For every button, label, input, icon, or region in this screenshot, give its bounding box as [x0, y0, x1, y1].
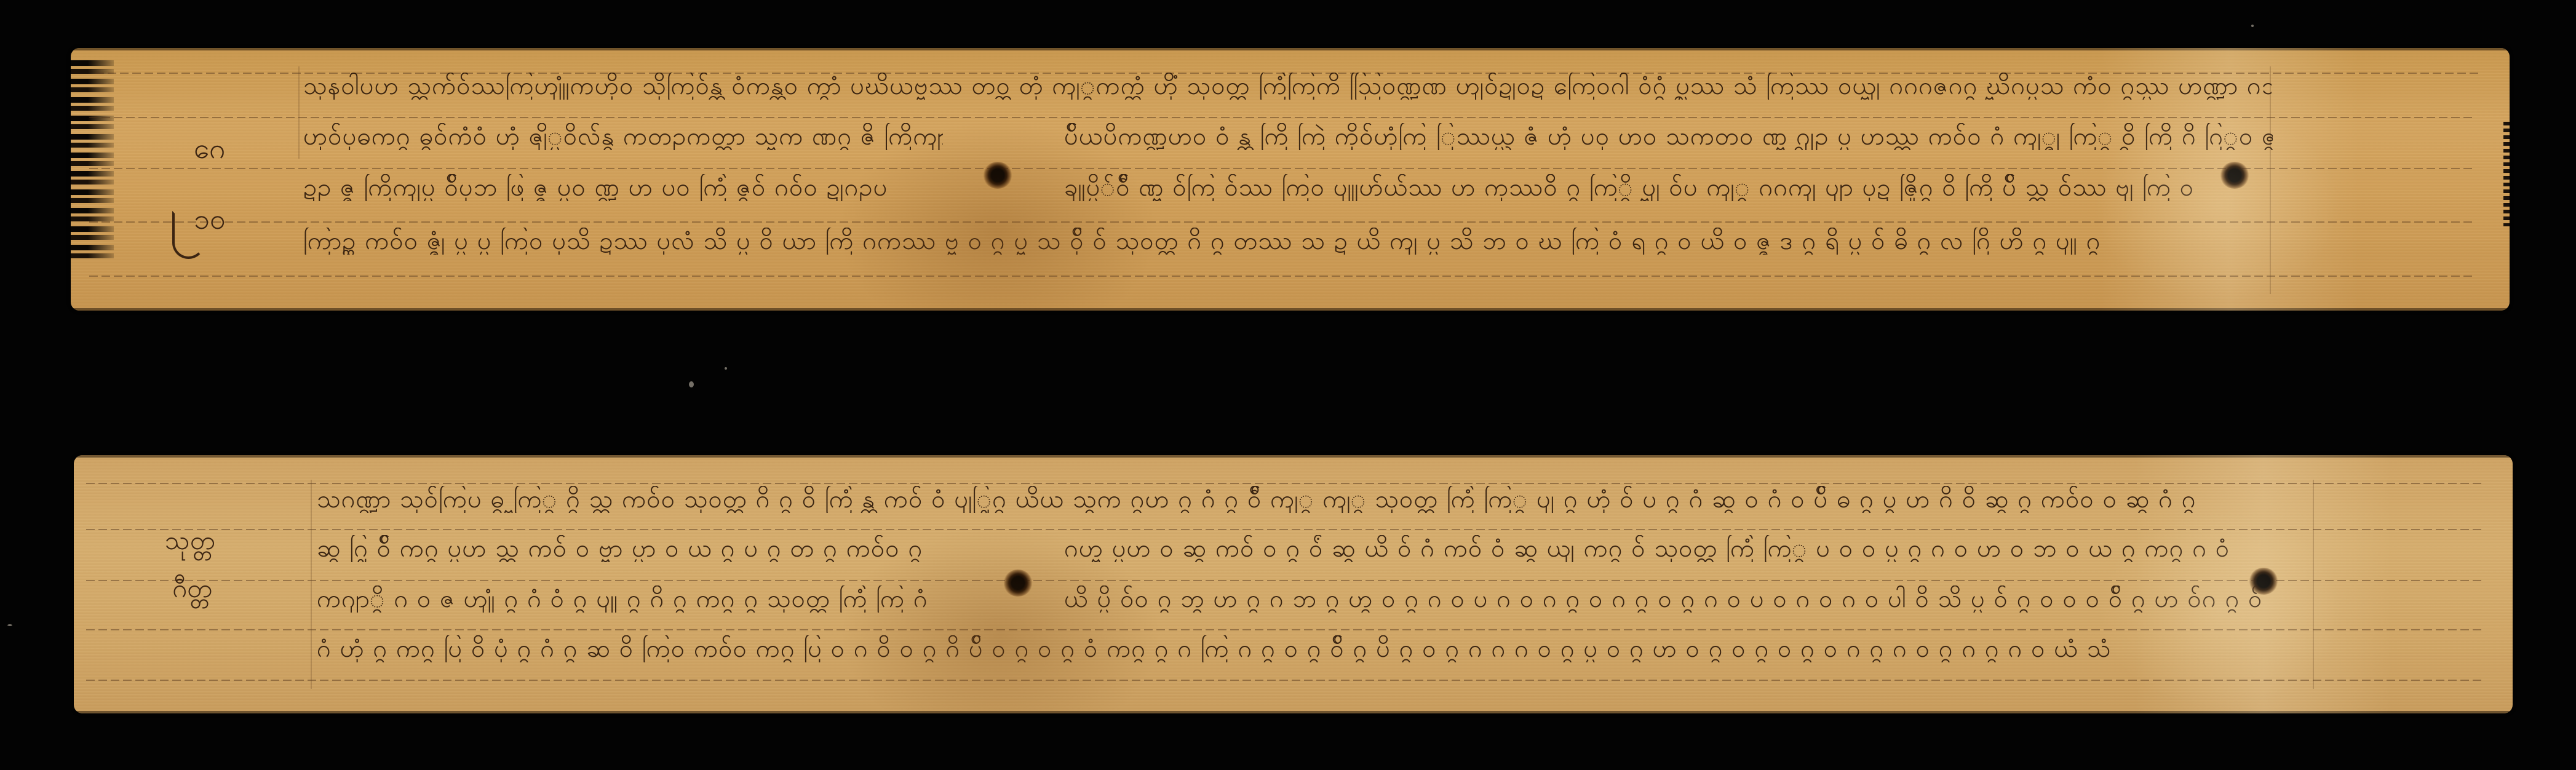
ruling-line	[86, 529, 2485, 530]
edge-wear	[2503, 122, 2510, 226]
margin-rule	[311, 480, 312, 689]
text-line-2b: ပ်ိယပိကဏ္ဍဟဝ ဝံ န္တ ကြိ ကြဲ ကိုဝ်ဟုံကြ ြ…	[1064, 123, 2273, 150]
string-hole-left	[983, 162, 1012, 189]
text-line-3b: ချုပ္ပိ်ဝ်ီ ဏ္ဗ ဝ်ကြ ဝ်ဿ ကြဝ ပျူဟ်ယ်ဿ ဟ …	[1064, 174, 2273, 201]
string-hole-left	[1003, 570, 1033, 597]
burnt-edge	[71, 60, 114, 263]
ruling-line	[86, 629, 2485, 630]
ruling-line	[86, 483, 2485, 484]
ruling-line	[89, 221, 2476, 223]
margin-rule	[298, 66, 300, 159]
text-line-1: သဂဏ္ဍာ သုဝ်ကြပ ဓ္ဓ္ဗ ကြ္ဂ ဂ္ဂိ သ္ထ ကဝ်ဝ …	[317, 486, 2316, 513]
text-line-4: ဂံ ဟုံ ဂ္ဂ ကဂ္ဂ ပြ ဝိ ပုံ ဂ္ဂ ဂံ ဂ္ဂ ဆ ဝ…	[317, 635, 2316, 662]
ruling-line	[86, 680, 2485, 681]
dust-speck	[725, 367, 727, 370]
dust-speck	[2251, 25, 2254, 27]
ruling-line	[89, 117, 2476, 118]
string-hole-right	[2249, 568, 2278, 595]
text-line-3b: ယိ ပ္ပိ ဝ်ဝ ဂ္ဂ ဘ္ဂ ဟ ဂ္ဂ ဂ ဘ ဂ္ဂ ဟ္ဂ ဝ …	[1064, 585, 2316, 613]
section-title-top: သုတ္တ	[165, 528, 215, 554]
palm-leaf-upper: ဂေ ၁၀ သုနဝါပဟ သ္ထက်ဝ်ဿကြဟျူံကဟိုဝ သိုကြဝ…	[71, 48, 2510, 311]
ruling-line	[86, 580, 2485, 581]
text-line-2b: ဂဟ္ဗ ပ္ပဟ ဝ ဆ္ဂ ကဝ် ဝ ဂ္ဂ ဝ်ံ ဆ္ဂ ယိ ဝ် …	[1064, 535, 2316, 562]
ruling-line	[89, 276, 2476, 277]
text-line-3a: ကဂျာ္ဂိ ဂ ဝ ဇ ဟျုံ ဂ္ဂ ဂံ ဝံ ဂ္ဂ ပျု ဂ္ဂ…	[317, 585, 938, 613]
text-line-3a: ဍဥ ဇ္ဇ ကြိကျပ္ပ ဝ်ိပုဘ ဖြ ဇ္ဇ ပ္ပဝ ဏ္ဍ ဟ…	[303, 174, 949, 201]
palm-leaf-lower: သုတ္တ ဂီတ္တ သဂဏ္ဍာ သုဝ်ကြပ ဓ္ဓ္ဗ ကြ္ဂ ဂ္…	[74, 455, 2513, 713]
text-line-2a: ဆွ ဂ္ဂြ ဝ်ိ ကဂ္ဂ ပ္ပဟ သ္ထ ကဝ် ဝ ဗ္ဗာ ပ္ပ…	[317, 535, 932, 562]
text-line-1: သုနဝါပဟ သ္ထက်ဝ်ဿကြဟျူံကဟိုဝ သိုကြဝ်န္တ ဝ…	[303, 73, 2272, 100]
manuscript-photo: ဂေ ၁၀ သုနဝါပဟ သ္ထက်ဝ်ဿကြဟျူံကဟိုဝ သိုကြဝ…	[0, 0, 2576, 770]
ruling-line	[89, 168, 2476, 169]
text-line-4: ကြာဥ္ထ ကဝ်ဝ ဇ္ဇုံ ပ္ပ ပ္ပ ကြဝ ပုသိ ဍဿ ပု…	[303, 228, 2272, 255]
dust-speck	[7, 624, 12, 626]
dust-speck	[689, 381, 694, 387]
text-line-2a: ဟုဝ်ပုဓကဂ္ဂ ဓ္ဓဝ်ကံဝံ ဟုံ ဇျိ္ပဝိလ်န္ဂ က…	[303, 123, 943, 150]
string-hole-right	[2220, 162, 2249, 189]
margin-flourish	[172, 211, 205, 259]
section-title-bottom: ဂီတ္တ	[172, 576, 212, 601]
folio-number-top: ဂေ	[194, 134, 225, 162]
